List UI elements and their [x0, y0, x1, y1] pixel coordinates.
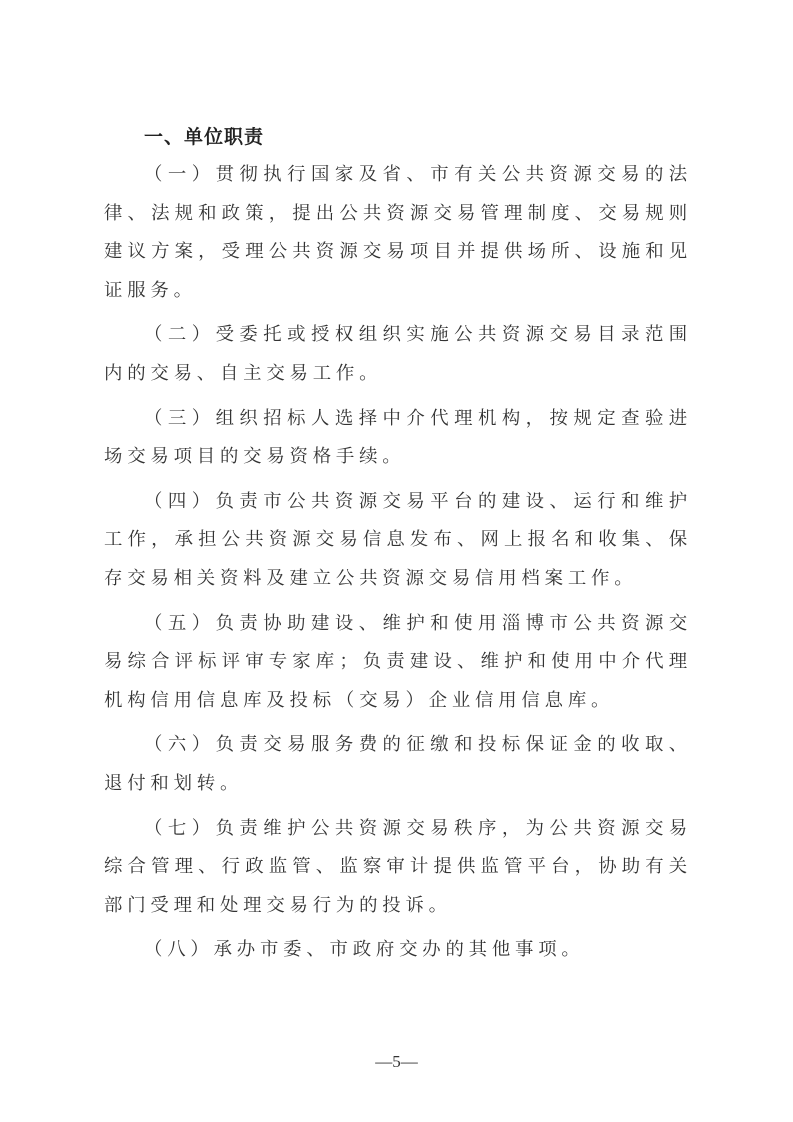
duty-item-8: （八）承办市委、市政府交办的其他事项。 [104, 931, 692, 970]
duty-item-2: （二）受委托或授权组织实施公共资源交易目录范围内的交易、自主交易工作。 [104, 316, 692, 393]
duty-item-5: （五）负责协助建设、维护和使用淄博市公共资源交易综合评标评审专家库；负责建设、维… [104, 605, 692, 721]
document-body: 一、单位职责 （一）贯彻执行国家及省、市有关公共资源交易的法律、法规和政策，提出… [104, 118, 692, 970]
duty-item-6: （六）负责交易服务费的征缴和投标保证金的收取、退付和划转。 [104, 726, 692, 803]
duty-item-7: （七）负责维护公共资源交易秩序，为公共资源交易综合管理、行政监管、监察审计提供监… [104, 810, 692, 926]
duty-item-3: （三）组织招标人选择中介代理机构，按规定查验进场交易项目的交易资格手续。 [104, 400, 692, 477]
document-page: 一、单位职责 （一）贯彻执行国家及省、市有关公共资源交易的法律、法规和政策，提出… [0, 0, 793, 1122]
duty-item-1: （一）贯彻执行国家及省、市有关公共资源交易的法律、法规和政策，提出公共资源交易管… [104, 156, 692, 310]
duty-item-4: （四）负责市公共资源交易平台的建设、运行和维护工作，承担公共资源交易信息发布、网… [104, 483, 692, 599]
section-heading: 一、单位职责 [144, 118, 692, 156]
page-number: —5— [0, 1052, 793, 1072]
